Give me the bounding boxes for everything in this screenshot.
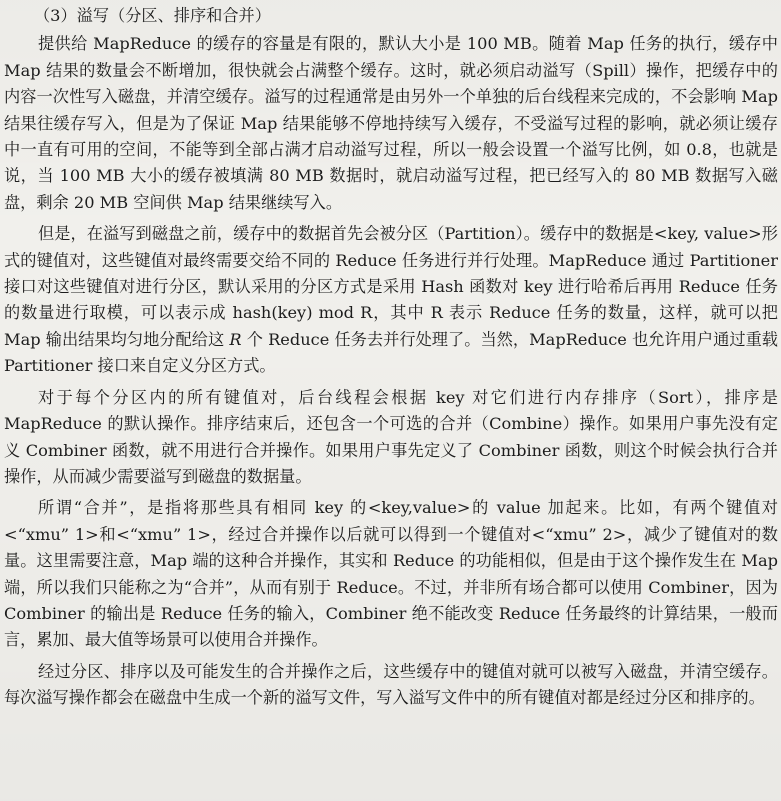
paragraph-partition: 但是，在溢写到磁盘之前，缓存中的数据首先会被分区（Partition）。缓存中的… bbox=[4, 221, 778, 379]
document-page: （3）溢写（分区、排序和合并） 提供给 MapReduce 的缓存的容量是有限的… bbox=[4, 3, 778, 712]
section-heading: （3）溢写（分区、排序和合并） bbox=[4, 3, 778, 29]
paragraph-spill-buffer: 提供给 MapReduce 的缓存的容量是有限的，默认大小是 100 MB。随着… bbox=[4, 31, 778, 216]
paragraph-spill-file: 经过分区、排序以及可能发生的合并操作之后，这些缓存中的键值对就可以被写入磁盘，并… bbox=[4, 659, 778, 712]
variable-r: R bbox=[229, 330, 241, 349]
paragraph-sort-combine: 对于每个分区内的所有键值对，后台线程会根据 key 对它们进行内存排序（Sort… bbox=[4, 385, 778, 491]
paragraph-combine-explained: 所谓“合并”，是指将那些具有相同 key 的<key,value>的 value… bbox=[4, 495, 778, 653]
